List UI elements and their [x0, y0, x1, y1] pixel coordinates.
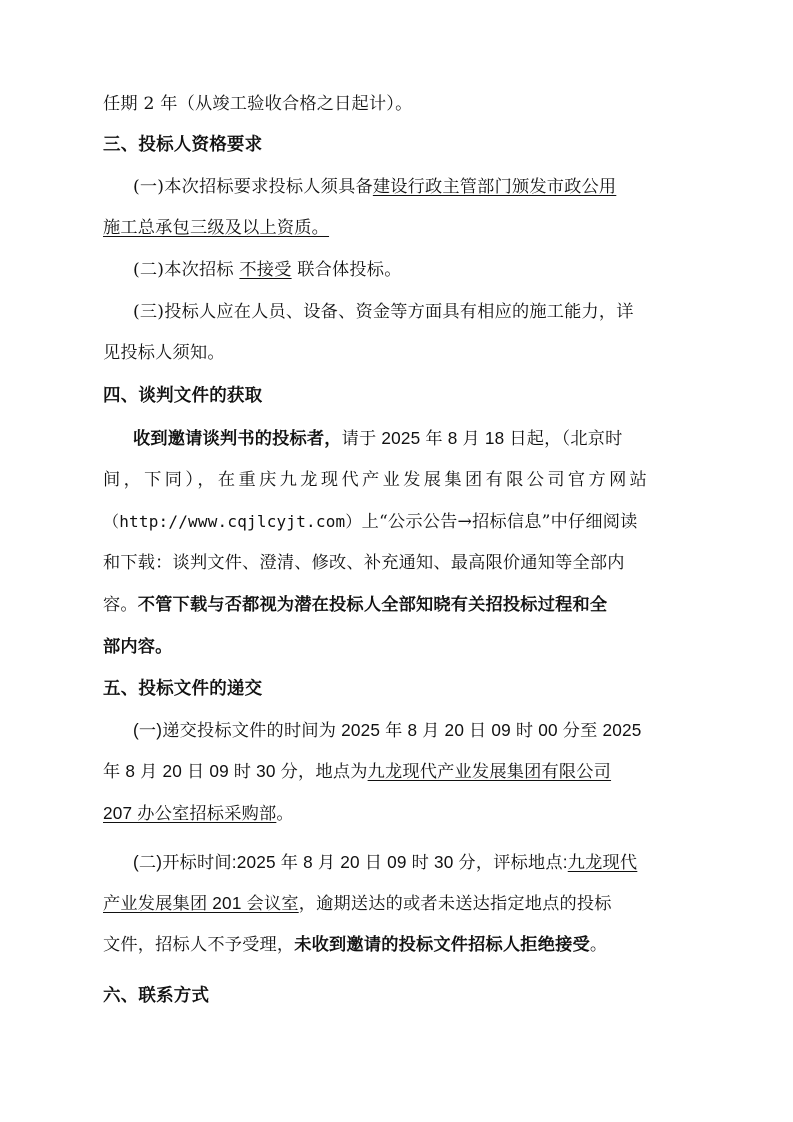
qualification-item-2: (二)本次招标 不接受 联合体投标。 — [133, 258, 723, 282]
bold-text: 收到邀请谈判书的投标者， — [133, 429, 342, 449]
text: 和下载：谈判文件、澄清、修改、补充通知、最高限价通知等全部内 — [103, 553, 625, 573]
text: 年 8 月 20 日 09 时 30 分，地点为 — [103, 761, 368, 781]
text: (二)开标时间:2025 年 8 月 20 日 09 时 30 分，评标地点: — [133, 852, 568, 872]
bold-text: 部内容。 — [103, 637, 173, 657]
text: 请于 2025 年 8 月 18 日起，（北京时 — [342, 428, 623, 448]
section-5-heading: 五、投标文件的递交 — [103, 677, 693, 701]
text: 。 — [590, 935, 607, 955]
acquisition-para-line-1: 收到邀请谈判书的投标者，请于 2025 年 8 月 18 日起，（北京时 — [133, 426, 723, 451]
qualification-item-3: (三)投标人应在人员、设备、资金等方面具有相应的施工能力，详 — [133, 300, 723, 324]
submission-item-2: (二)开标时间:2025 年 8 月 20 日 09 时 30 分，评标地点:九… — [133, 850, 723, 874]
text: (三)投标人应在人员、设备、资金等方面具有相应的施工能力，详 — [133, 302, 634, 322]
text: (一)递交投标文件的时间为 2025 年 8 月 20 日 09 时 00 分至… — [133, 720, 642, 740]
term-line: 任期 2 年（从竣工验收合格之日起计）。 — [103, 92, 693, 116]
underlined-text: 九龙现代 — [568, 852, 638, 872]
text: (一)本次招标要求投标人须具备 — [133, 177, 373, 197]
qualification-item-1: (一)本次招标要求投标人须具备建设行政主管部门颁发市政公用 — [133, 175, 723, 199]
underlined-text: 不接受 — [239, 260, 291, 280]
acquisition-para-line-4: 和下载：谈判文件、澄清、修改、补充通知、最高限价通知等全部内 — [103, 551, 693, 575]
acquisition-para-line-2: 间，下同），在重庆九龙现代产业发展集团有限公司官方网站 — [103, 468, 693, 492]
text: 联合体投标。 — [292, 260, 402, 280]
heading-text: 五、投标文件的递交 — [103, 679, 262, 699]
bold-text: 不管下载与否都视为潜在投标人全部知晓有关招投标过程和全 — [138, 595, 607, 615]
submission-item-1: (一)递交投标文件的时间为 2025 年 8 月 20 日 09 时 00 分至… — [133, 718, 723, 742]
submission-item-1-cont-2: 207 办公室招标采购部。 — [103, 801, 693, 825]
section-3-heading: 三、投标人资格要求 — [103, 133, 693, 157]
text: 文件，招标人不予受理， — [103, 935, 294, 955]
text: 间，下同），在重庆九龙现代产业发展集团有限公司官方网站 — [103, 470, 650, 490]
section-4-heading: 四、谈判文件的获取 — [103, 384, 693, 408]
section-6-heading: 六、联系方式 — [103, 984, 693, 1008]
submission-item-1-cont: 年 8 月 20 日 09 时 30 分，地点为九龙现代产业发展集团有限公司 — [103, 759, 693, 783]
submission-item-2-cont: 产业发展集团 201 会议室，逾期送达的或者未送达指定地点的投标 — [103, 891, 693, 915]
text: 上“公示公告→招标信息”中仔细阅读 — [362, 512, 638, 532]
text: (二)本次招标 — [133, 260, 239, 280]
heading-text: 四、谈判文件的获取 — [103, 386, 262, 406]
website-link[interactable]: （http://www.cqjlcyjt.com） — [103, 512, 362, 531]
qualification-item-1-cont: 施工总承包三级及以上资质。 — [103, 216, 693, 240]
underlined-text: 产业发展集团 201 会议室 — [103, 893, 299, 913]
submission-item-2-cont-2: 文件，招标人不予受理，未收到邀请的投标文件招标人拒绝接受。 — [103, 933, 693, 957]
underlined-text: 九龙现代产业发展集团有限公司 — [368, 761, 611, 781]
underlined-text: 207 办公室招标采购部 — [103, 803, 276, 823]
acquisition-para-line-5: 容。不管下载与否都视为潜在投标人全部知晓有关招投标过程和全 — [103, 593, 693, 617]
text: ，逾期送达的或者未送达指定地点的投标 — [299, 893, 612, 913]
text: 见投标人须知。 — [103, 343, 225, 363]
underlined-text: 施工总承包三级及以上资质。 — [103, 218, 329, 238]
text: 容。 — [103, 595, 138, 615]
underlined-text: 建设行政主管部门颁发市政公用 — [373, 177, 616, 197]
qualification-item-3-cont: 见投标人须知。 — [103, 341, 693, 365]
bold-text: 未收到邀请的投标文件招标人拒绝接受 — [294, 935, 590, 955]
heading-text: 六、联系方式 — [103, 986, 209, 1006]
text: 任期 2 年（从竣工验收合格之日起计）。 — [103, 94, 412, 114]
acquisition-para-line-6: 部内容。 — [103, 635, 693, 659]
acquisition-para-line-3: （http://www.cqjlcyjt.com）上“公示公告→招标信息”中仔细… — [103, 510, 693, 534]
heading-text: 三、投标人资格要求 — [103, 135, 262, 155]
text: 。 — [276, 803, 293, 823]
